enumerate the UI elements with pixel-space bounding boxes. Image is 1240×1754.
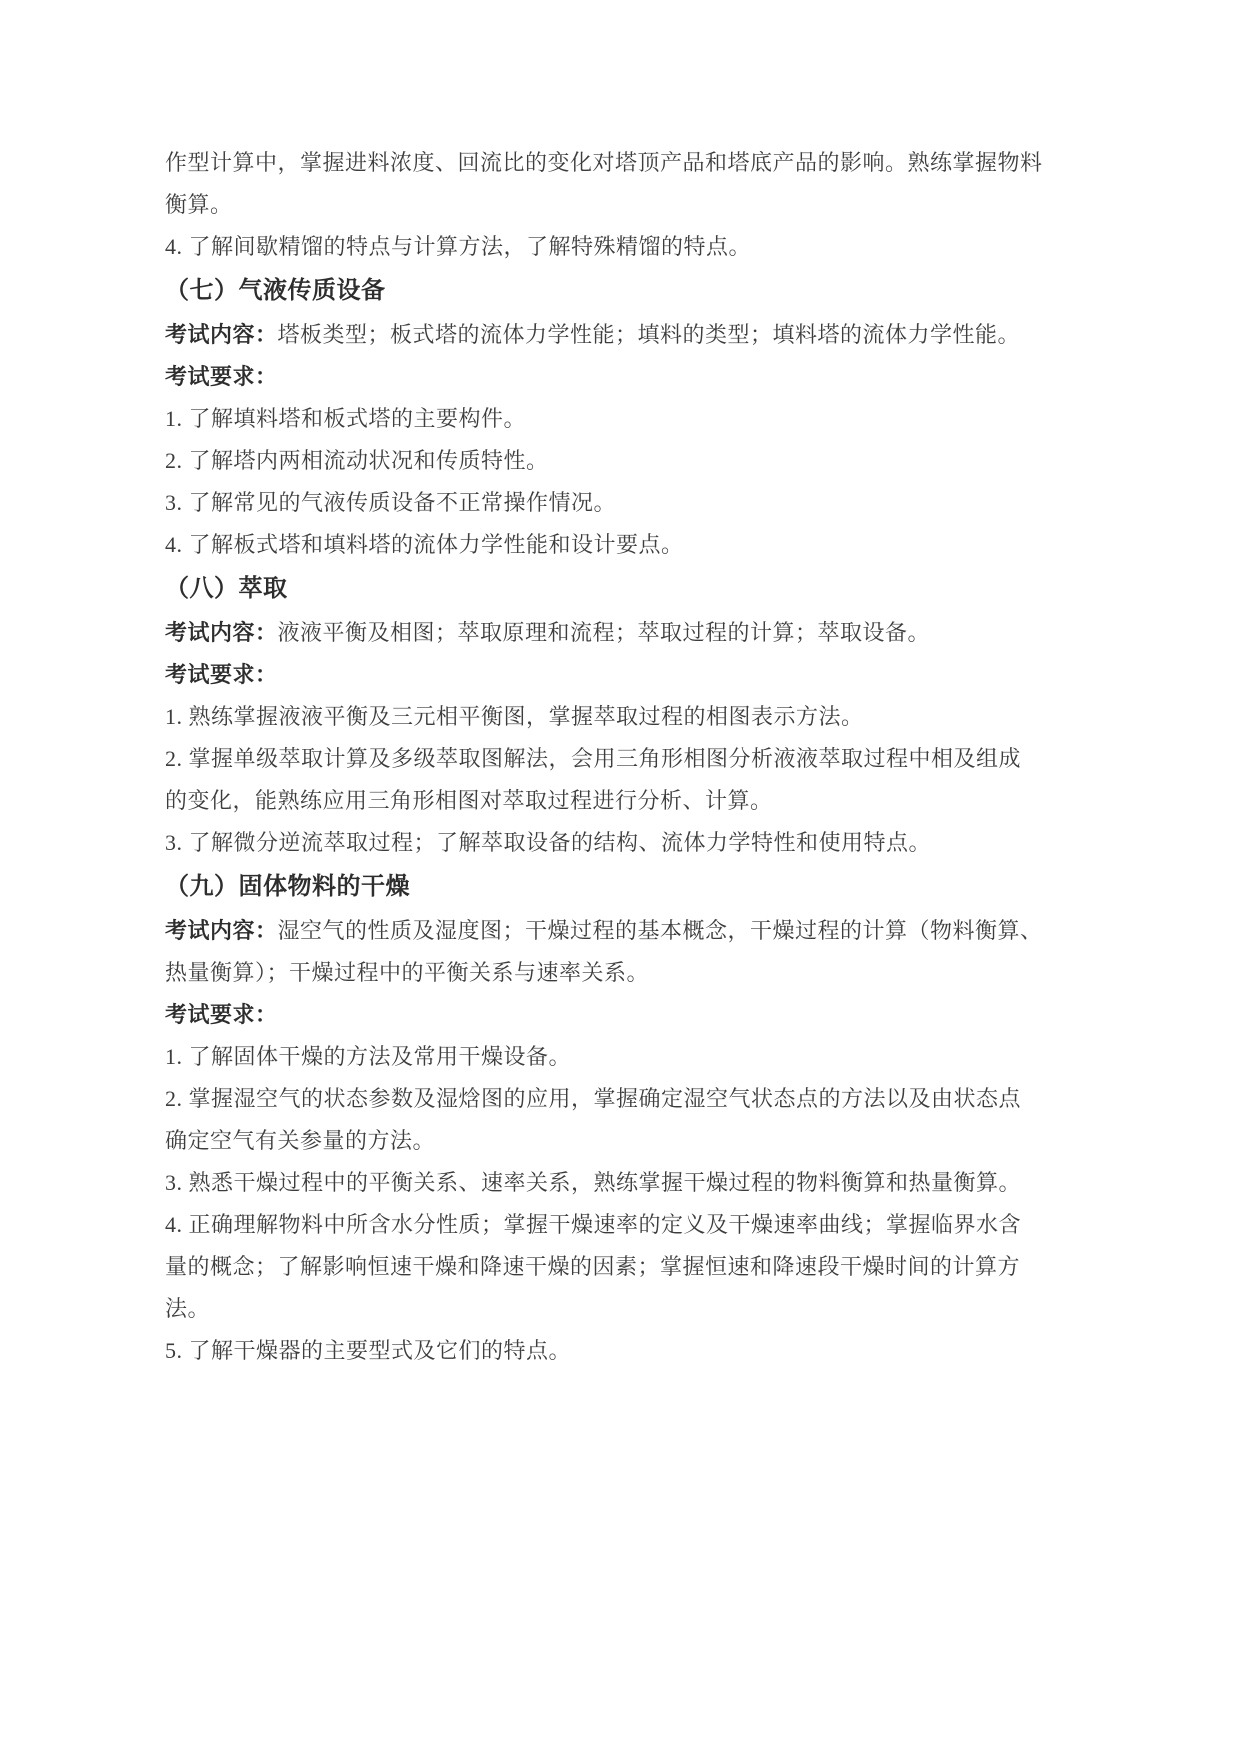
paragraph-continuation: 作型计算中，掌握进料浓度、回流比的变化对塔顶产品和塔底产品的影响。熟练掌握物料衡… [165,142,1043,226]
list-item-text: 正确理解物料中所含水分性质；掌握干燥速率的定义及干燥速率曲线；掌握临界水含量的概… [165,1212,1021,1321]
list-item-number: 3. [165,490,183,515]
exam-content-label: 考试内容： [165,322,278,347]
list-item: 5.了解干燥器的主要型式及它们的特点。 [165,1330,1043,1372]
exam-requirements-line: 考试要求： [165,356,1043,398]
exam-content-line: 考试内容：湿空气的性质及湿度图；干燥过程的基本概念，干燥过程的计算（物料衡算、热… [165,910,1043,994]
list-item-number: 4. [165,532,183,557]
list-item-text: 了解塔内两相流动状况和传质特性。 [189,448,549,473]
list-item-text: 熟练掌握液液平衡及三元相平衡图，掌握萃取过程的相图表示方法。 [189,704,864,729]
list-item-number: 4. [165,234,183,259]
list-item-text: 了解干燥器的主要型式及它们的特点。 [189,1338,572,1363]
section-heading-8: （八）萃取 [165,566,1043,612]
list-item-number: 1. [165,1044,183,1069]
list-item: 1.了解固体干燥的方法及常用干燥设备。 [165,1036,1043,1078]
list-item-number: 1. [165,406,183,431]
list-item-text: 掌握单级萃取计算及多级萃取图解法，会用三角形相图分析液液萃取过程中相及组成的变化… [165,746,1021,813]
list-item-text: 掌握湿空气的状态参数及湿焓图的应用，掌握确定湿空气状态点的方法以及由状态点确定空… [165,1086,1021,1153]
exam-content-line: 考试内容：液液平衡及相图；萃取原理和流程；萃取过程的计算；萃取设备。 [165,612,1043,654]
document-page: 作型计算中，掌握进料浓度、回流比的变化对塔顶产品和塔底产品的影响。熟练掌握物料衡… [0,0,1240,1754]
exam-requirements-line: 考试要求： [165,654,1043,696]
list-item: 4.正确理解物料中所含水分性质；掌握干燥速率的定义及干燥速率曲线；掌握临界水含量… [165,1204,1043,1330]
list-item-number: 1. [165,704,183,729]
list-item-number: 3. [165,830,183,855]
list-item: 2.了解塔内两相流动状况和传质特性。 [165,440,1043,482]
list-item: 2.掌握单级萃取计算及多级萃取图解法，会用三角形相图分析液液萃取过程中相及组成的… [165,738,1043,822]
exam-content-label: 考试内容： [165,620,278,645]
exam-requirements-label: 考试要求： [165,662,278,687]
list-item-number: 5. [165,1338,183,1363]
list-item-text: 了解间歇精馏的特点与计算方法，了解特殊精馏的特点。 [189,234,752,259]
exam-content-text: 湿空气的性质及湿度图；干燥过程的基本概念，干燥过程的计算（物料衡算、热量衡算）；… [165,918,1043,985]
list-item-number: 2. [165,448,183,473]
list-item-number: 2. [165,1086,183,1111]
list-item: 1.了解填料塔和板式塔的主要构件。 [165,398,1043,440]
list-item: 4.了解板式塔和填料塔的流体力学性能和设计要点。 [165,524,1043,566]
list-item: 1.熟练掌握液液平衡及三元相平衡图，掌握萃取过程的相图表示方法。 [165,696,1043,738]
exam-content-label: 考试内容： [165,918,278,943]
list-item-text: 熟悉干燥过程中的平衡关系、速率关系，熟练掌握干燥过程的物料衡算和热量衡算。 [189,1170,1022,1195]
list-item-text: 了解常见的气液传质设备不正常操作情况。 [189,490,617,515]
exam-requirements-label: 考试要求： [165,364,278,389]
list-item-number: 4. [165,1212,183,1237]
list-item: 4.了解间歇精馏的特点与计算方法，了解特殊精馏的特点。 [165,226,1043,268]
section-heading-7: （七）气液传质设备 [165,268,1043,314]
list-item-number: 2. [165,746,183,771]
list-item-text: 了解固体干燥的方法及常用干燥设备。 [189,1044,572,1069]
list-item-text: 了解板式塔和填料塔的流体力学性能和设计要点。 [189,532,684,557]
list-item: 2.掌握湿空气的状态参数及湿焓图的应用，掌握确定湿空气状态点的方法以及由状态点确… [165,1078,1043,1162]
list-item-text: 了解填料塔和板式塔的主要构件。 [189,406,527,431]
list-item-text: 了解微分逆流萃取过程；了解萃取设备的结构、流体力学特性和使用特点。 [189,830,932,855]
list-item: 3.了解常见的气液传质设备不正常操作情况。 [165,482,1043,524]
section-heading-9: （九）固体物料的干燥 [165,864,1043,910]
exam-content-line: 考试内容：塔板类型；板式塔的流体力学性能；填料的类型；填料塔的流体力学性能。 [165,314,1043,356]
exam-requirements-line: 考试要求： [165,994,1043,1036]
exam-content-text: 塔板类型；板式塔的流体力学性能；填料的类型；填料塔的流体力学性能。 [278,322,1021,347]
exam-requirements-label: 考试要求： [165,1002,278,1027]
exam-content-text: 液液平衡及相图；萃取原理和流程；萃取过程的计算；萃取设备。 [278,620,931,645]
list-item-number: 3. [165,1170,183,1195]
list-item: 3.了解微分逆流萃取过程；了解萃取设备的结构、流体力学特性和使用特点。 [165,822,1043,864]
list-item: 3.熟悉干燥过程中的平衡关系、速率关系，熟练掌握干燥过程的物料衡算和热量衡算。 [165,1162,1043,1204]
